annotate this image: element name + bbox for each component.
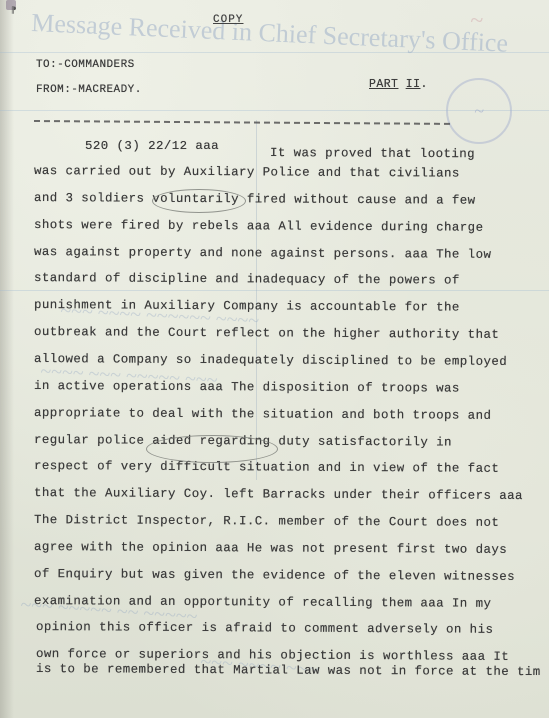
body-line: outbreak and the Court reflect on the hi… <box>34 325 499 342</box>
body-line: was against property and none against pe… <box>34 245 491 262</box>
part-number: II <box>406 78 421 91</box>
body-line: agree with the opinion aaa He was not pr… <box>34 540 507 557</box>
circled-word-voluntarily <box>152 189 246 213</box>
body-line: shots were fired by rebels aaa All evide… <box>34 218 484 235</box>
circled-phrase-aided-regarding <box>146 435 278 463</box>
dashed-separator <box>34 120 450 125</box>
body-line: and 3 soldiers voluntarily fired without… <box>34 191 476 208</box>
faint-rule <box>0 110 549 111</box>
body-line: in active operations aaa The disposition… <box>34 379 460 396</box>
part-prefix: PART <box>369 78 398 91</box>
body-line: of Enquiry but was given the evidence of… <box>34 567 515 584</box>
page-edge-shadow <box>0 0 14 718</box>
from-line: FROM:-MACREADY. <box>36 84 142 96</box>
pin-hole-mark: ⁋ <box>11 6 16 16</box>
body-line: allowed a Company so inadequately discip… <box>34 352 507 369</box>
body-line: standard of discipline and inadequacy of… <box>34 271 460 288</box>
body-line: opinion this officer is afraid to commen… <box>36 620 493 637</box>
body-line: that the Auxiliary Coy. left Barracks un… <box>34 486 523 503</box>
to-line: TO:-COMMANDERS <box>36 59 135 71</box>
ink-stamp: ~ <box>446 78 512 144</box>
red-ink-annotation: ~ <box>470 8 530 43</box>
body-line: punishment in Auxiliary Company is accou… <box>34 298 460 315</box>
body-line: examination and an opportunity of recall… <box>34 594 491 611</box>
message-reference: 520 (3) 22/12 aaa <box>85 139 219 153</box>
body-line: It was proved that looting <box>270 146 475 161</box>
part-suffix: . <box>420 78 427 91</box>
document-page: ⁋ Message Received in Chief Secretary's … <box>0 0 549 718</box>
body-line: is to be remembered that Martial Law was… <box>36 662 541 679</box>
body-line: appropriate to deal with the situation a… <box>34 406 491 423</box>
body-line: was carried out by Auxiliary Police and … <box>34 164 460 181</box>
faint-rule <box>0 290 549 291</box>
copy-heading: COPY <box>213 14 243 26</box>
body-line: respect of very difficult situation and … <box>34 459 499 476</box>
faint-rule <box>0 52 549 53</box>
body-line: The District Inspector, R.I.C. member of… <box>34 513 499 530</box>
part-label: PART II. <box>369 78 428 91</box>
